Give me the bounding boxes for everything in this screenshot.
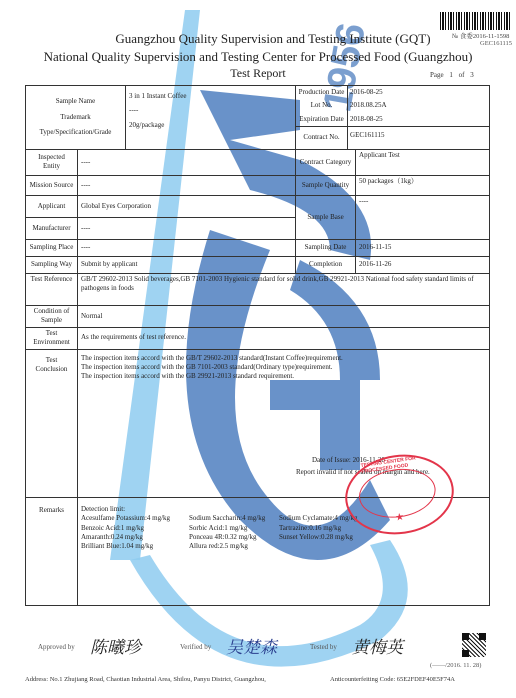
institute-title: Guangzhou Quality Supervision and Testin… <box>0 31 516 47</box>
sample-condition: Normal <box>78 305 490 327</box>
contract-number: GEC161115 <box>348 126 489 148</box>
table-row: Test Environment As the requirements of … <box>26 327 490 349</box>
test-reference: GB/T 29602-2013 Solid beverages,GB 7101-… <box>78 273 490 305</box>
lot-number: 2018.08.25A <box>348 99 489 112</box>
tester-signature: 黄梅英 <box>352 633 403 658</box>
sample-name: 3 in 1 Instant Coffee <box>129 92 292 101</box>
table-row: Condition of Sample Normal <box>26 305 490 327</box>
sample-info-row: Sample Name Trademark Type/Specification… <box>26 86 490 150</box>
verifier-signature: 吴楚森 <box>226 633 277 658</box>
sample-base: ---- <box>356 195 490 239</box>
table-row: Test Reference GB/T 29602-2013 Solid bev… <box>26 273 490 305</box>
test-environment: As the requirements of test reference. <box>78 327 490 349</box>
table-row: Mission Source ---- Sample Quantity 50 p… <box>26 175 490 195</box>
manufacturer: ---- <box>78 217 296 239</box>
center-title: National Quality Supervision and Testing… <box>0 49 516 65</box>
inspected-entity: ---- <box>78 149 296 175</box>
anticounterfeiting-code: Anticounterfeiting Code: 65E2FDEF40E5F74… <box>330 676 455 683</box>
applicant: Global Eyes Corporation <box>78 195 296 217</box>
sampling-place: ---- <box>78 239 296 256</box>
sample-type: 20g/package <box>129 121 292 130</box>
conclusion-line: The inspection items accord with the GB/… <box>81 354 486 363</box>
table-row: Applicant Global Eyes Corporation Sample… <box>26 195 490 217</box>
qr-date: (——/2016. 11. 28) <box>430 662 481 669</box>
contract-category: Applicant Test <box>356 149 490 175</box>
sample-quantity: 50 packages（1kg） <box>356 175 490 195</box>
qr-code <box>462 633 486 657</box>
conclusion-line: The inspection items accord with the GB … <box>81 363 486 372</box>
seal-star-icon: ★ <box>395 512 405 524</box>
expiration-date: 2018-08-25 <box>348 113 489 126</box>
completion-date: 2016-11-26 <box>356 256 490 273</box>
conclusion-line: The inspection items accord with the GB … <box>81 372 486 381</box>
approver-signature: 陈曦珍 <box>90 633 141 658</box>
sampling-way: Submit by applicant <box>78 256 296 273</box>
table-row: Sampling Place ---- Sampling Date 2016-1… <box>26 239 490 256</box>
sample-labels: Sample Name Trademark Type/Specification… <box>26 86 126 150</box>
table-row: Inspected Entity ---- Contract Category … <box>26 149 490 175</box>
barcode <box>440 12 512 30</box>
production-date: 2016-08-25 <box>348 86 489 99</box>
page-indicator: Page 1 of 3 <box>430 71 474 79</box>
sampling-date: 2016-11-15 <box>356 239 490 256</box>
trademark: ---- <box>129 106 292 115</box>
table-row: Sampling Way Submit by applicant Complet… <box>26 256 490 273</box>
sample-values: 3 in 1 Instant Coffee ---- 20g/package <box>126 86 296 150</box>
production-info: Production Date2016-08-25 Lot No.2018.08… <box>296 86 490 150</box>
address: Address: No.1 Zhujiang Road, Chaotian In… <box>25 676 266 683</box>
mission-source: ---- <box>78 175 296 195</box>
